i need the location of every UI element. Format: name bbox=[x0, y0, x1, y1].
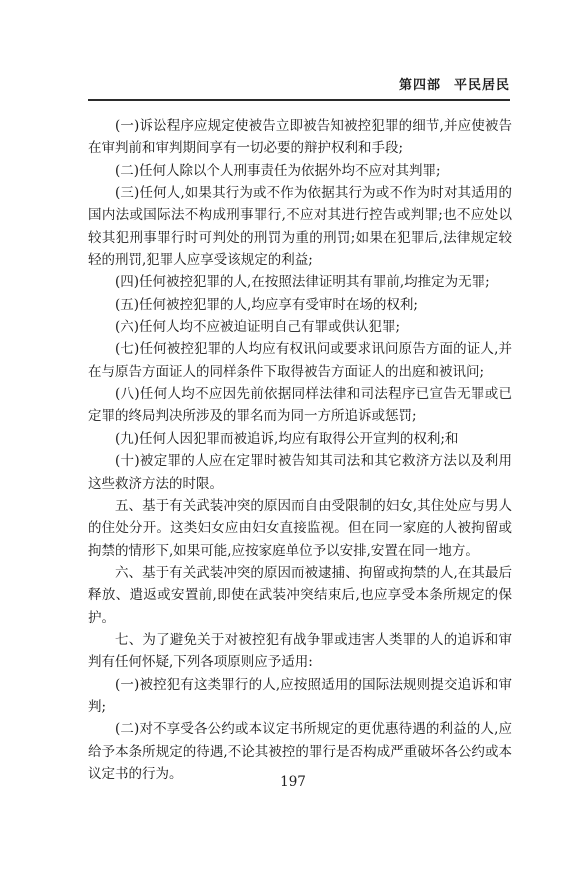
paragraph: (十)被定罪的人应在定罪时被告知其司法和其它救济方法以及利用这些救济方法的时限。 bbox=[88, 450, 512, 495]
document-page: 第四部平民居民 (一)诉讼程序应规定使被告立即被告知被控犯罪的细节,并应使被告在… bbox=[0, 0, 586, 869]
header-rule bbox=[88, 99, 510, 101]
paragraph: (六)任何人均不应被迫证明自己有罪或供认犯罪; bbox=[88, 316, 512, 338]
paragraph: (七)任何被控犯罪的人均应有权讯问或要求讯问原告方面的证人,并在与原告方面证人的… bbox=[88, 338, 512, 383]
running-header: 第四部平民居民 bbox=[399, 74, 510, 93]
paragraph: (九)任何人因犯罪而被追诉,均应有取得公开宣判的权利;和 bbox=[88, 428, 512, 450]
header-part-label: 第四部 bbox=[399, 78, 441, 93]
paragraph: (五)任何被控犯罪的人,均应享有受审时在场的权利; bbox=[88, 294, 512, 316]
page-number: 197 bbox=[0, 774, 586, 790]
paragraph: (一)被控犯有这类罪行的人,应按照适用的国际法规则提交追诉和审判; bbox=[88, 674, 512, 719]
paragraph: (三)任何人,如果其行为或不作为依据其行为或不作为时对其适用的国内法或国际法不构… bbox=[88, 182, 512, 271]
paragraph: 六、基于有关武装冲突的原因而被逮捕、拘留或拘禁的人,在其最后释放、遣返或安置前,… bbox=[88, 562, 512, 629]
paragraph: (一)诉讼程序应规定使被告立即被告知被控犯罪的细节,并应使被告在审判前和审判期间… bbox=[88, 115, 512, 160]
header-section-label: 平民居民 bbox=[454, 78, 510, 93]
paragraph: (八)任何人均不应因先前依据同样法律和司法程序已宣告无罪或已定罪的终局判决所涉及… bbox=[88, 383, 512, 428]
paragraph: (二)任何人除以个人刑事责任为依据外均不应对其判罪; bbox=[88, 160, 512, 182]
paragraph: 五、基于有关武装冲突的原因而自由受限制的妇女,其住处应与男人的住处分开。这类妇女… bbox=[88, 495, 512, 562]
paragraph: (四)任何被控犯罪的人,在按照法律证明其有罪前,均推定为无罪; bbox=[88, 271, 512, 293]
document-body: (一)诉讼程序应规定使被告立即被告知被控犯罪的细节,并应使被告在审判前和审判期间… bbox=[88, 115, 512, 785]
paragraph: 七、为了避免关于对被控犯有战争罪或违害人类罪的人的追诉和审判有任何怀疑,下列各项… bbox=[88, 629, 512, 674]
